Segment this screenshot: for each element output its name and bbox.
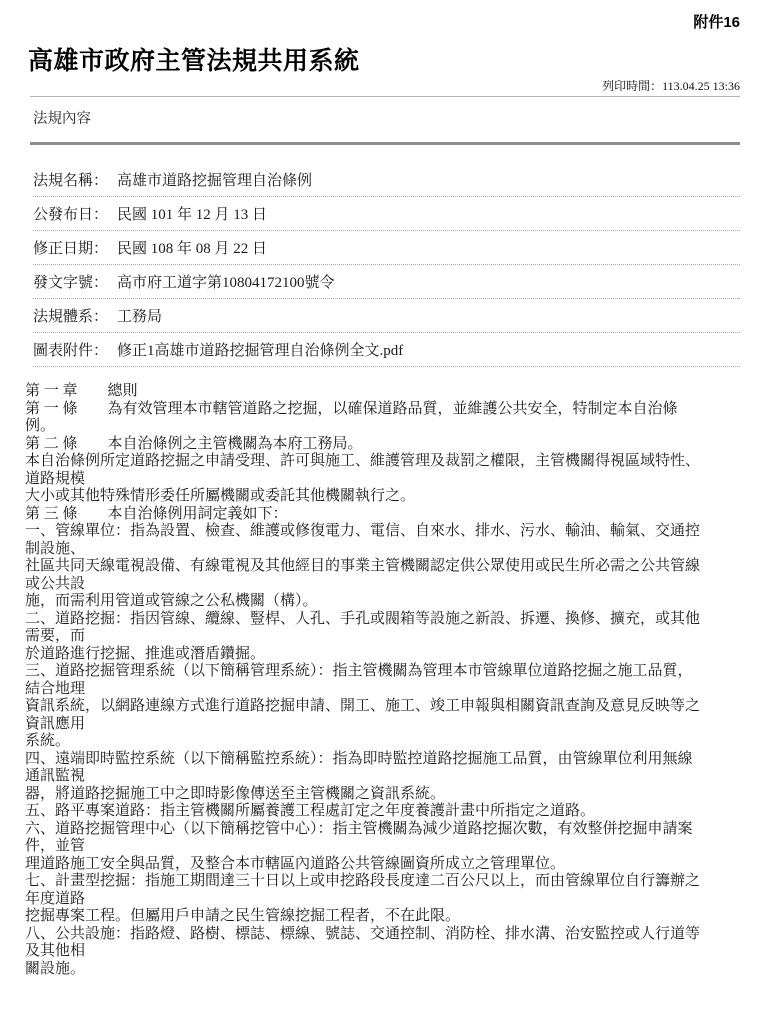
regulation-system-value: 工務局	[117, 305, 740, 326]
body-text-line: 資訊應用	[25, 716, 740, 734]
body-text-line: 系統。	[25, 733, 740, 751]
body-text-line: 一、管線單位：指為設置、檢查、維護或修復電力、電信、自來水、排水、污水、輸油、輸…	[25, 523, 740, 541]
body-text-line: 通訊監視	[25, 768, 740, 786]
body-text-line: 道路規模	[25, 471, 740, 489]
top-divider	[30, 96, 740, 97]
table-row-amend-date: 修正日期： 民國 108 年 08 月 22 日	[33, 231, 740, 265]
body-text-line: 需要，而	[25, 628, 740, 646]
body-text-line: 社區共同天線電視設備、有線電視及其他經目的事業主管機關認定供公眾使用或民生所必需…	[25, 558, 740, 576]
table-row-attachment-file: 圖表附件： 修正1高雄市道路挖掘管理自治條例全文.pdf	[33, 333, 740, 367]
body-text-line: 第 一 條 為有效管理本市轄管道路之挖掘，以確保道路品質，並維護公共安全，特制定…	[25, 401, 740, 419]
amend-date-label: 修正日期：	[33, 237, 108, 258]
body-text-line: 資訊系統，以網路連線方式進行道路挖掘申請、開工、施工、竣工申報與相關資訊查詢及意…	[25, 698, 740, 716]
issue-number-value: 高市府工道字第10804172100號令	[117, 271, 740, 292]
body-text-line: 及其他相	[25, 943, 740, 961]
table-row-regulation-system: 法規體系： 工務局	[33, 299, 740, 333]
issue-number-label: 發文字號：	[33, 271, 108, 292]
table-row-announce-date: 公發布日： 民國 101 年 12 月 13 日	[33, 197, 740, 231]
body-text-line: 或公共設	[25, 576, 740, 594]
body-text-line: 二、道路挖掘：指因管線、纜線、豎桿、人孔、手孔或閥箱等設施之新設、拆遷、換修、擴…	[25, 611, 740, 629]
body-text-line: 三、道路挖掘管理系統（以下簡稱管理系統）：指主管機關為管理本市管線單位道路挖掘之…	[25, 663, 740, 681]
attachment-file-label: 圖表附件：	[33, 339, 108, 360]
body-text-line: 本自治條例所定道路挖掘之申請受理、許可與施工、維護管理及裁罰之權限，主管機關得視…	[25, 453, 740, 471]
regulation-name-label: 法規名稱：	[33, 169, 108, 190]
document-page: 附件16 高雄市政府主管法規共用系統 列印時間：113.04.25 13:36 …	[0, 0, 768, 1024]
attachment-number-label: 附件16	[25, 14, 740, 32]
body-text-line: 第 一 章 總則	[25, 383, 740, 401]
body-text-line: 八、公共設施：指路燈、路樹、標誌、標線、號誌、交通控制、消防栓、排水溝、治安監控…	[25, 926, 740, 944]
body-text-line: 施，而需利用管道或管線之公私機關（構）。	[25, 593, 740, 611]
regulation-body: 第 一 章 總則第 一 條 為有效管理本市轄管道路之挖掘，以確保道路品質，並維護…	[25, 383, 740, 978]
table-row-issue-number: 發文字號： 高市府工道字第10804172100號令	[33, 265, 740, 299]
announce-date-label: 公發布日：	[33, 203, 108, 224]
body-text-line: 於道路進行挖掘、推進或潛盾鑽掘。	[25, 646, 740, 664]
body-text-line: 五、路平專案道路：指主管機關所屬養護工程處訂定之年度養護計畫中所指定之道路。	[25, 803, 740, 821]
body-text-line: 件，並管	[25, 838, 740, 856]
body-text-line: 四、遠端即時監控系統（以下簡稱監控系統）：指為即時監控道路挖掘施工品質，由管線單…	[25, 751, 740, 769]
body-text-line: 第 二 條 本自治條例之主管機關為本府工務局。	[25, 436, 740, 454]
body-text-line: 關設施。	[25, 961, 740, 979]
body-text-line: 例。	[25, 418, 740, 436]
body-text-line: 結合地理	[25, 681, 740, 699]
body-text-line: 第 三 條 本自治條例用詞定義如下：	[25, 506, 740, 524]
body-text-line: 器，將道路挖掘施工中之即時影像傳送至主管機關之資訊系統。	[25, 786, 740, 804]
body-text-line: 年度道路	[25, 891, 740, 909]
body-text-line: 大小或其他特殊情形委任所屬機關或委託其他機關執行之。	[25, 488, 740, 506]
body-text-line: 六、道路挖掘管理中心（以下簡稱挖管中心）：指主管機關為減少道路挖掘次數，有效整併…	[25, 821, 740, 839]
attachment-pdf-link[interactable]: 修正1高雄市道路挖掘管理自治條例全文.pdf	[117, 339, 740, 360]
regulation-meta-table: 法規名稱： 高雄市道路挖掘管理自治條例 公發布日： 民國 101 年 12 月 …	[33, 145, 740, 367]
section-title-regulation-content: 法規內容	[33, 111, 740, 127]
body-text-line: 挖掘專案工程。但屬用戶申請之民生管線挖掘工程者，不在此限。	[25, 908, 740, 926]
page-title: 高雄市政府主管法規共用系統	[28, 48, 740, 74]
regulation-system-label: 法規體系：	[33, 305, 108, 326]
body-text-line: 理道路施工安全與品質，及整合本市轄區內道路公共管線圖資所成立之管理單位。	[25, 856, 740, 874]
amend-date-value: 民國 108 年 08 月 22 日	[117, 237, 740, 258]
body-text-line: 七、計畫型挖掘：指施工期間達三十日以上或申挖路段長度達二百公尺以上，而由管線單位…	[25, 873, 740, 891]
table-row-regulation-name: 法規名稱： 高雄市道路挖掘管理自治條例	[33, 163, 740, 197]
body-text-line: 制設施、	[25, 541, 740, 559]
print-timestamp: 列印時間：113.04.25 13:36	[25, 80, 740, 93]
regulation-name-value: 高雄市道路挖掘管理自治條例	[117, 169, 740, 190]
announce-date-value: 民國 101 年 12 月 13 日	[117, 203, 740, 224]
